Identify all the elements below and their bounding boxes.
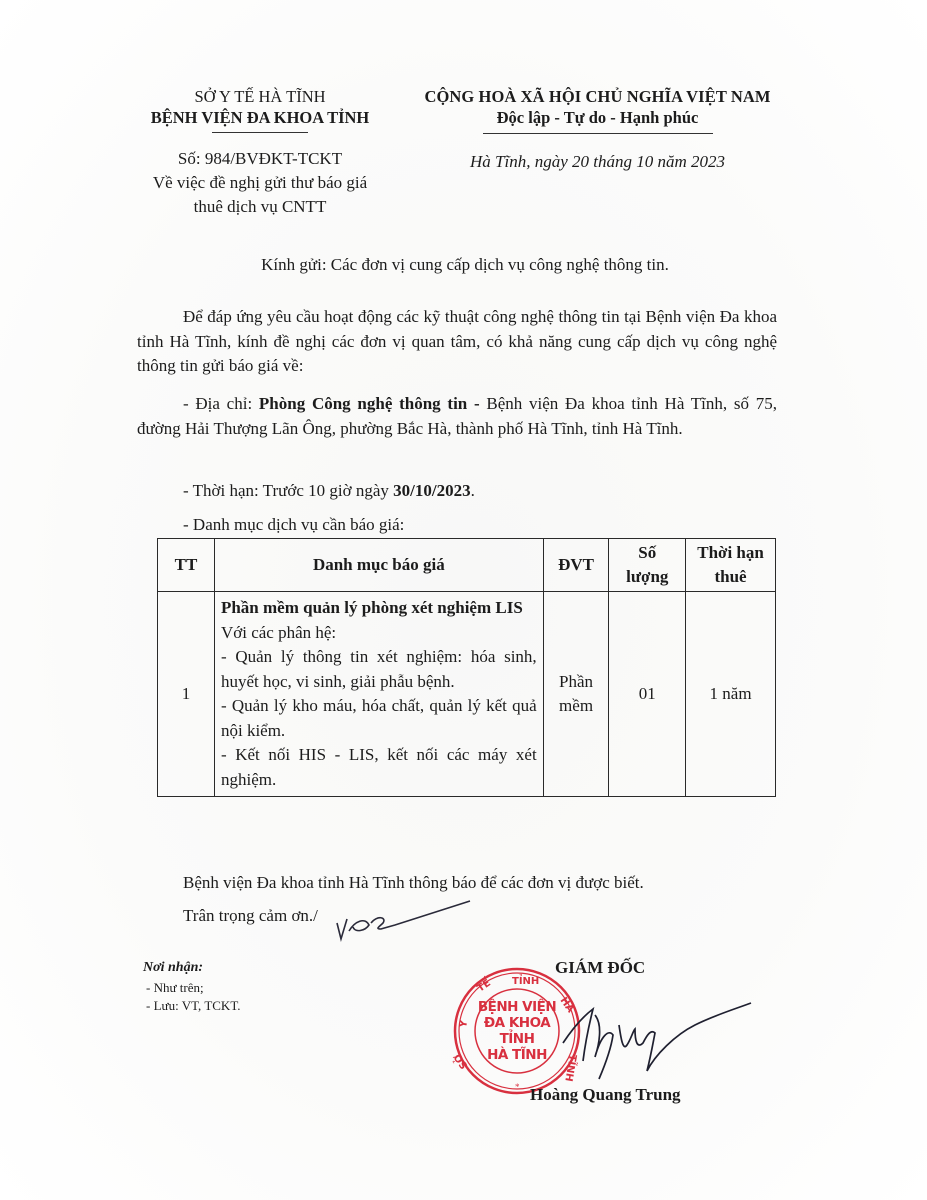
module-item: - Kết nối HIS - LIS, kết nối các máy xét…	[221, 743, 537, 792]
stamp-line-2: ĐA KHOA	[452, 1015, 582, 1031]
address-paragraph: - Địa chỉ: Phòng Công nghệ thông tin - B…	[137, 392, 777, 441]
document-subject: Về việc đề nghị gửi thư báo giá thuê dịc…	[120, 171, 400, 219]
header-qty-line1: Số	[613, 541, 681, 565]
module-item: - Quản lý thông tin xét nghiệm: hóa sinh…	[221, 645, 537, 694]
cell-unit: Phần mềm	[543, 592, 609, 797]
org-name: BỆNH VIỆN ĐA KHOA TỈNH	[120, 107, 400, 128]
subject-line-2: thuê dịch vụ CNTT	[120, 195, 400, 219]
closing-notice: Bệnh viện Đa khoa tỉnh Hà Tĩnh thông báo…	[183, 873, 644, 893]
motto: Độc lập - Tự do - Hạnh phúc	[405, 107, 790, 129]
cell-item: Phần mềm quản lý phòng xét nghiệm LIS Vớ…	[214, 592, 543, 797]
address-prefix: - Địa chỉ:	[183, 394, 259, 413]
table-row: 1 Phần mềm quản lý phòng xét nghiệm LIS …	[158, 592, 776, 797]
document-number: Số: 984/BVĐKT-TCKT	[120, 149, 400, 169]
recipient-item: - Lưu: VT, TCKT.	[146, 998, 241, 1014]
stamp-line-3: TỈNH	[452, 1031, 582, 1047]
deadline-suffix: .	[471, 481, 475, 500]
nation-title: CỘNG HOÀ XÃ HỘI CHỦ NGHĨA VIỆT NAM	[405, 86, 790, 107]
svg-text:*: *	[515, 1082, 520, 1092]
address-department: Phòng Công nghệ thông tin -	[259, 394, 480, 413]
header-rule-left	[212, 132, 308, 133]
official-stamp: TỈNH TẾ Y SỞ HÀ TĨNH * BỆNH VIỆN ĐA KHOA…	[452, 966, 582, 1096]
greeting: Kính gửi: Các đơn vị cung cấp dịch vụ cô…	[120, 255, 810, 275]
cell-tt: 1	[158, 592, 215, 797]
subject-line-1: Về việc đề nghị gửi thư báo giá	[120, 171, 400, 195]
deadline-line: - Thời hạn: Trước 10 giờ ngày 30/10/2023…	[183, 481, 475, 501]
header-unit: ĐVT	[543, 539, 609, 592]
recipients-title: Nơi nhận:	[143, 960, 203, 976]
header-term: Thời hạnthuê	[686, 539, 776, 592]
deadline-date: 30/10/2023	[393, 481, 470, 500]
cell-term: 1 năm	[686, 592, 776, 797]
issuing-org-block: SỞ Y TẾ HÀ TĨNH BỆNH VIỆN ĐA KHOA TỈNH	[120, 86, 400, 133]
header-tt: TT	[158, 539, 215, 592]
header-qty-line2: lượng	[613, 565, 681, 589]
catalog-label: - Danh mục dịch vụ cần báo giá:	[183, 515, 404, 535]
cell-qty: 01	[609, 592, 686, 797]
header-rule-right	[483, 133, 713, 134]
header-term-line1: Thời hạn	[690, 541, 771, 565]
document-page: SỞ Y TẾ HÀ TĨNH BỆNH VIỆN ĐA KHOA TỈNH C…	[0, 0, 927, 1200]
stamp-line-1: BỆNH VIỆN	[452, 999, 582, 1015]
intro-paragraph: Để đáp ứng yêu cầu hoạt động các kỹ thuậ…	[137, 305, 777, 379]
parent-org: SỞ Y TẾ HÀ TĨNH	[120, 86, 400, 107]
svg-text:TẾ: TẾ	[473, 974, 493, 994]
module-item: - Quản lý kho máu, hóa chất, quản lý kết…	[221, 694, 537, 743]
table-header-row: TT Danh mục báo giá ĐVT Sốlượng Thời hạn…	[158, 539, 776, 592]
place-date: Hà Tĩnh, ngày 20 tháng 10 năm 2023	[405, 152, 790, 172]
stamp-line-4: HÀ TĨNH	[452, 1047, 582, 1063]
header-term-line2: thuê	[690, 565, 771, 589]
header-qty: Sốlượng	[609, 539, 686, 592]
quote-table: TT Danh mục báo giá ĐVT Sốlượng Thời hạn…	[157, 538, 776, 797]
director-signature-icon	[555, 995, 755, 1085]
modules-label: Với các phân hệ:	[221, 621, 537, 646]
svg-text:TỈNH: TỈNH	[512, 973, 539, 987]
signer-name: Hoàng Quang Trung	[530, 1085, 681, 1105]
initials-signature-icon	[325, 895, 475, 945]
closing-thanks: Trân trọng cảm ơn./	[183, 906, 318, 926]
national-header-block: CỘNG HOÀ XÃ HỘI CHỦ NGHĨA VIỆT NAM Độc l…	[405, 86, 790, 134]
recipient-item: - Như trên;	[146, 980, 204, 996]
header-item: Danh mục báo giá	[214, 539, 543, 592]
item-title: Phần mềm quản lý phòng xét nghiệm LIS	[221, 596, 537, 621]
deadline-prefix: - Thời hạn: Trước 10 giờ ngày	[183, 481, 393, 500]
